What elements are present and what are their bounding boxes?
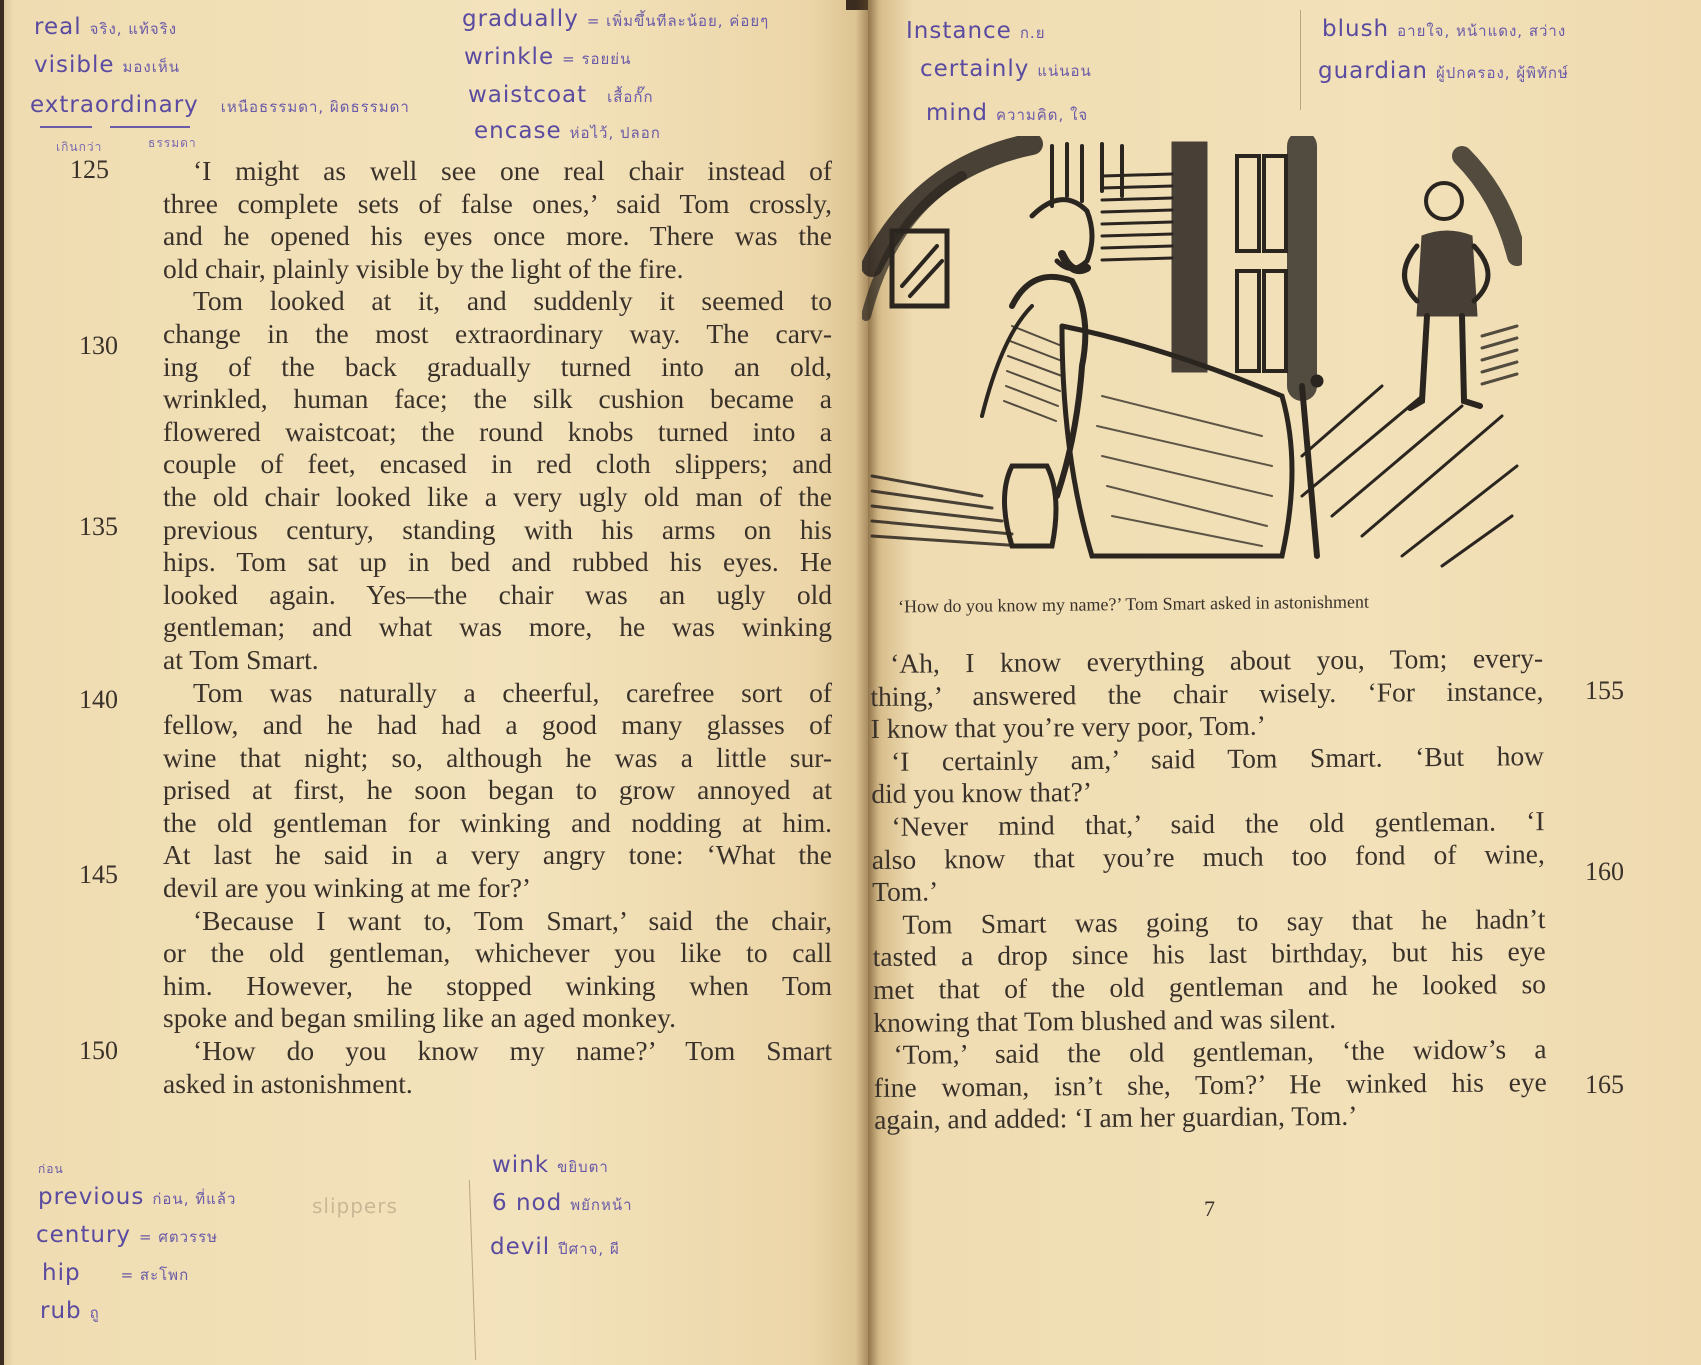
annotation-gloss: = รอยย่น	[562, 50, 631, 68]
annotation-word: real	[34, 14, 82, 40]
text-line: wine that night; so, although he was a l…	[163, 742, 832, 775]
text-line: the old chair looked like a very ugly ol…	[163, 481, 832, 514]
annotation-gloss: = สะโพก	[121, 1266, 190, 1284]
text-line: him. However, he stopped winking when To…	[163, 970, 832, 1003]
annotation-certainly: certainlyแน่นอน	[920, 56, 1092, 83]
open-book-spread: realจริง, แท้จริง visibleมองเห็น extraor…	[0, 0, 1701, 1365]
text-line: looked again. Yes—the chair was an ugly …	[163, 579, 832, 612]
line-number: 150	[79, 1036, 118, 1066]
annotation-gloss: ห่อไว้, ปลอก	[570, 124, 661, 142]
paragraph: Tom Smart was going to say that he hadn’…	[872, 903, 1546, 1039]
text-line: prised at first, he soon began to grow a…	[163, 774, 832, 807]
text-line: Tom looked at it, and suddenly it seemed…	[163, 285, 832, 318]
annotation-rub: rubถู	[40, 1298, 100, 1325]
annotation-word: certainly	[920, 56, 1029, 82]
annotation-word: previous	[38, 1184, 144, 1210]
paragraph: ‘I might as well see one real chair inst…	[163, 155, 832, 285]
annotation-blush: blushอายใจ, หน้าแดง, สว่าง	[1322, 16, 1566, 43]
annotation-wrinkle: wrinkle= รอยย่น	[464, 44, 631, 71]
annotation-gloss: ขยิบตา	[557, 1158, 609, 1176]
annotation-wink: winkขยิบตา	[492, 1152, 609, 1179]
text-line: at Tom Smart.	[163, 644, 832, 677]
illustration-tom-and-chair-gentleman	[862, 136, 1522, 581]
text-line: couple of feet, encased in red cloth sli…	[163, 448, 832, 481]
annotation-devil: devilปีศาจ, ผี	[490, 1234, 620, 1261]
annotation-word: hip	[42, 1260, 81, 1286]
line-number: 130	[79, 331, 118, 361]
text-line: spoke and began smiling like an aged mon…	[163, 1002, 832, 1035]
annotation-real: realจริง, แท้จริง	[34, 14, 177, 41]
text-line: ing of the back gradually turned into an…	[163, 351, 832, 384]
annotation-word: guardian	[1318, 58, 1428, 84]
annotation-word: encase	[474, 118, 562, 144]
text-line: fine woman, isn’t she, Tom?’ He winked h…	[874, 1066, 1547, 1104]
annotation-instance: Instanceก.ย	[906, 18, 1045, 45]
annotation-gloss: ธรรมดา	[148, 136, 197, 150]
line-number: 160	[1585, 857, 1624, 887]
text-line: fellow, and he had had a good many glass…	[163, 709, 832, 742]
annotation-word: century	[36, 1222, 131, 1248]
annotation-waistcoat: waistcoatเสื้อกั๊ก	[468, 82, 654, 109]
annotation-guardian: guardianผู้ปกครอง, ผู้พิทักษ์	[1318, 58, 1569, 85]
text-line: ‘Tom,’ said the old gentleman, ‘the wido…	[873, 1033, 1546, 1071]
text-line: previous century, standing with his arms…	[163, 514, 832, 547]
text-line: old chair, plainly visible by the light …	[163, 253, 832, 286]
annotation-word: devil	[490, 1234, 550, 1260]
annotation-word: 6 nod	[492, 1190, 562, 1216]
paragraph: ‘How do you know my name?’ Tom Smart ask…	[163, 1035, 832, 1100]
annotation-gloss: ผู้ปกครอง, ผู้พิทักษ์	[1436, 64, 1569, 82]
text-line: or the old gentleman, whichever you like…	[163, 937, 832, 970]
annotation-gloss: เสื้อกั๊ก	[607, 88, 653, 106]
annotation-word: wrinkle	[464, 44, 554, 70]
line-number: 135	[79, 512, 118, 542]
text-line: flowered waistcoat; the round knobs turn…	[163, 416, 832, 449]
annotation-century: century= ศตวรรษ	[36, 1222, 218, 1249]
line-number: 140	[79, 685, 118, 715]
text-line: also know that you’re much too fond of w…	[872, 838, 1545, 876]
annotation-nod: 6 nodพยักหน้า	[492, 1190, 633, 1217]
text-line: hips. Tom sat up in bed and rubbed his e…	[163, 546, 832, 579]
right-page-text: ‘Ah, I know everything about you, Tom; e…	[870, 642, 1547, 1137]
text-line: devil are you winking at me for?’	[163, 872, 832, 905]
text-line: thing,’ answered the chair wisely. ‘For …	[870, 675, 1543, 713]
paragraph: ‘I certainly am,’ said Tom Smart. ‘But h…	[871, 740, 1545, 811]
annotation-word: extraordinary	[30, 92, 199, 118]
annotation-gloss: เหนือธรรมดา, ผิดธรรมดา	[221, 98, 410, 116]
annotation-gloss: แน่นอน	[1037, 62, 1091, 80]
annotation-mind: mindความคิด, ใจ	[926, 100, 1088, 127]
text-line: change in the most extraordinary way. Th…	[163, 318, 832, 351]
annotation-gloss: ถู	[90, 1304, 100, 1322]
annotation-word: rub	[40, 1298, 82, 1324]
annotation-hip: hip= สะโพก	[42, 1260, 189, 1287]
annotation-gloss: ก่อน, ที่แล้ว	[152, 1190, 236, 1208]
text-line: ‘How do you know my name?’ Tom Smart	[163, 1035, 832, 1068]
text-line: wrinkled, human face; the silk cushion b…	[163, 383, 832, 416]
paragraph: ‘Never mind that,’ said the old gentlema…	[871, 805, 1545, 909]
pencil-divider	[1300, 10, 1301, 110]
annotation-small-note: ธรรมดา	[148, 134, 197, 153]
text-line: and he opened his eyes once more. There …	[163, 220, 832, 253]
paragraph: ‘Because I want to, Tom Smart,’ said the…	[163, 905, 832, 1035]
annotation-gloss: ก.ย	[1020, 24, 1046, 42]
text-line: ‘I might as well see one real chair inst…	[163, 155, 832, 188]
annotation-small-note: ก่อน	[38, 1160, 64, 1179]
text-line: gentleman; and what was more, he was win…	[163, 611, 832, 644]
page-number: 7	[1204, 1196, 1215, 1222]
paragraph: ‘Tom,’ said the old gentleman, ‘the wido…	[873, 1033, 1547, 1137]
faint-pencil-note: slippers	[312, 1194, 398, 1218]
annotation-extraordinary: extraordinaryเหนือธรรมดา, ผิดธรรมดา	[30, 92, 410, 119]
text-line: met that of the old gentleman and he loo…	[873, 968, 1546, 1006]
text-line: the old gentleman for winking and noddin…	[163, 807, 832, 840]
annotation-gloss: มองเห็น	[123, 58, 181, 76]
text-line: ‘Because I want to, Tom Smart,’ said the…	[163, 905, 832, 938]
annotation-word: visible	[34, 52, 115, 78]
annotation-encase: encaseห่อไว้, ปลอก	[474, 118, 661, 145]
annotation-visible: visibleมองเห็น	[34, 52, 180, 79]
annotation-gradually: gradually= เพิ่มขึ้นทีละน้อย, ค่อยๆ	[462, 6, 769, 33]
text-line: asked in astonishment.	[163, 1068, 832, 1101]
paragraph: Tom was naturally a cheerful, carefree s…	[163, 677, 832, 905]
annotation-word: Instance	[906, 18, 1012, 44]
annotation-word: gradually	[462, 6, 579, 32]
annotation-gloss: ปีศาจ, ผี	[558, 1240, 620, 1258]
annotation-gloss: พยักหน้า	[570, 1196, 632, 1214]
underline	[40, 126, 92, 128]
text-line: ‘Never mind that,’ said the old gentlema…	[871, 805, 1544, 843]
text-line: At last he said in a very angry tone: ‘W…	[163, 839, 832, 872]
annotation-gloss: ความคิด, ใจ	[996, 106, 1088, 124]
annotation-gloss: จริง, แท้จริง	[90, 20, 177, 38]
paragraph: ‘Ah, I know everything about you, Tom; e…	[870, 642, 1544, 746]
annotation-word: blush	[1322, 16, 1389, 42]
annotation-word: wink	[492, 1152, 549, 1178]
text-line: ‘Ah, I know everything about you, Tom; e…	[870, 642, 1543, 680]
annotation-gloss: เกินกว่า	[56, 140, 102, 154]
annotation-word: waistcoat	[468, 82, 587, 108]
line-number: 155	[1585, 676, 1624, 706]
line-number: 165	[1585, 1070, 1624, 1100]
annotation-gloss: อายใจ, หน้าแดง, สว่าง	[1397, 22, 1566, 40]
underline	[110, 126, 190, 128]
paragraph: Tom looked at it, and suddenly it seemed…	[163, 285, 832, 676]
text-line: three complete sets of false ones,’ said…	[163, 188, 832, 221]
text-line: Tom was naturally a cheerful, carefree s…	[163, 677, 832, 710]
line-number: 145	[79, 860, 118, 890]
annotation-word: mind	[926, 100, 988, 126]
line-number: 125	[70, 155, 109, 185]
text-line: ‘I certainly am,’ said Tom Smart. ‘But h…	[871, 740, 1544, 778]
annotation-gloss: = เพิ่มขึ้นทีละน้อย, ค่อยๆ	[587, 12, 769, 30]
annotation-previous: previousก่อน, ที่แล้ว	[38, 1184, 236, 1211]
left-page-text: ‘I might as well see one real chair inst…	[163, 155, 832, 1100]
annotation-gloss: = ศตวรรษ	[139, 1228, 218, 1246]
text-line: again, and added: ‘I am her guardian, To…	[874, 1098, 1547, 1136]
